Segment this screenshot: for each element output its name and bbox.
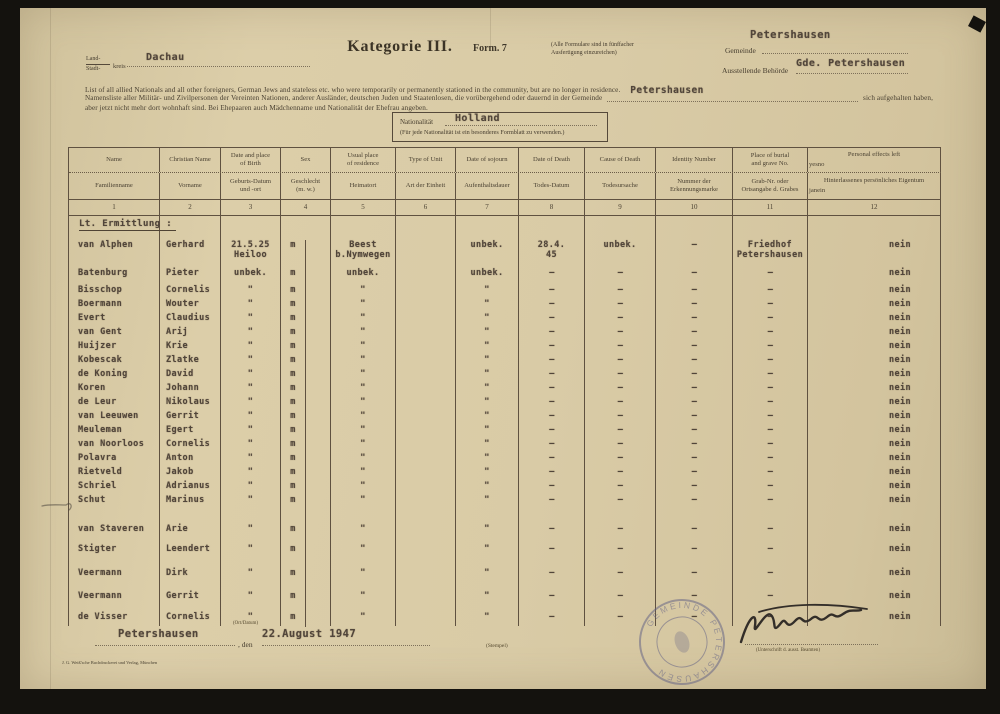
cell-idnum: —: [656, 369, 733, 383]
behoerde-label: Ausstellende Behörde: [722, 66, 788, 75]
cell-effects: nein: [808, 411, 941, 425]
effects-value: nein: [889, 613, 911, 623]
cell-sojourn: ": [456, 439, 519, 453]
cell-birth: ": [221, 369, 281, 383]
cell-effects: nein: [808, 495, 941, 524]
column-header-de: Grab-Nr. oder Ortsangabe d. Grabes: [733, 173, 808, 199]
ort-datum-caption: (Ort/Datum): [233, 621, 258, 626]
cell-residence: ": [331, 299, 396, 313]
cell-name: Boermann: [69, 299, 160, 313]
cell-value: —: [618, 398, 623, 408]
cell-value: —: [618, 286, 623, 296]
cell-birth: ": [221, 355, 281, 369]
sex-value: m: [281, 425, 306, 440]
cell-birth: ": [221, 341, 281, 355]
cell-cause: —: [585, 285, 656, 299]
cell-cause: —: [585, 481, 656, 495]
cell-death: —: [519, 285, 585, 299]
gemeinde-line: [762, 53, 908, 54]
cell-sex: m: [281, 341, 331, 355]
cell-value: —: [549, 468, 554, 478]
persons-table: NameChristian NameDate and place of Birt…: [68, 147, 941, 626]
sex-value: m: [281, 285, 306, 300]
cell-value: ": [360, 613, 366, 623]
cell-value: —: [549, 426, 554, 436]
table-row: VeermannDirk"m""————nein: [69, 568, 941, 591]
cell-value: —: [692, 525, 697, 535]
cell-value: —: [692, 496, 697, 506]
cell-residence: ": [331, 481, 396, 495]
cell-cause: —: [585, 411, 656, 425]
cell-cname: Wouter: [160, 299, 221, 313]
intro-line1-text: List of all allied Nationals and all oth…: [85, 86, 620, 94]
cell: [585, 216, 656, 240]
cell-value: —: [618, 342, 623, 352]
cell-effects: nein: [808, 355, 941, 369]
behoerde-value: Gde. Petershausen: [796, 58, 905, 69]
gemeinde-label: Gemeinde: [725, 46, 756, 55]
cell-value: —: [618, 412, 623, 422]
cell-unit: [396, 467, 456, 481]
nationality-note: (Für jede Nationalität ist ein besondere…: [400, 129, 564, 136]
cell-value: ": [360, 286, 366, 296]
sex-value: m: [281, 383, 306, 398]
cell-unit: [396, 327, 456, 341]
cell-residence: ": [331, 355, 396, 369]
cell-death: —: [519, 544, 585, 568]
sex-value: m: [281, 299, 306, 314]
cell-value: ": [248, 398, 254, 408]
cell-value: ": [360, 426, 366, 436]
table-body: Lt. Ermittlung :van AlphenGerhard21.5.25…: [69, 216, 941, 626]
cell-death: —: [519, 568, 585, 591]
cell-value: —: [618, 300, 623, 310]
cell-effects: nein: [808, 568, 941, 591]
cell-value: ": [484, 613, 490, 623]
cell-sojourn: ": [456, 411, 519, 425]
cell-value: —: [549, 569, 554, 579]
paper-corner-notch: [968, 15, 986, 32]
cell-idnum: —: [656, 327, 733, 341]
cell-unit: [396, 544, 456, 568]
cell-birth: ": [221, 425, 281, 439]
cell-name: van Alphen: [69, 240, 160, 268]
cell-value: —: [618, 592, 623, 602]
cell-value: —: [692, 454, 697, 464]
cell-value: ": [248, 426, 254, 436]
cell-value: ": [484, 370, 490, 380]
cell-value: ": [484, 328, 490, 338]
cell-value: van Staveren: [78, 525, 144, 535]
column-header-en: Place of burial and grave No.: [733, 148, 808, 172]
cell-value: ": [484, 592, 490, 602]
cell-value: unbek.: [234, 269, 267, 279]
cell-value: —: [549, 314, 554, 324]
cell-cname: Nikolaus: [160, 397, 221, 411]
cell-death: —: [519, 383, 585, 397]
column-header-de: Todesursache: [585, 173, 656, 199]
table-row: EvertClaudius"m""————nein: [69, 313, 941, 327]
cell-value: —: [549, 286, 554, 296]
cell-grave: —: [733, 568, 808, 591]
kreis-value: Dachau: [146, 52, 185, 63]
cell-value: Boermann: [78, 300, 122, 310]
cell-value: —: [692, 300, 697, 310]
effects-value: nein: [889, 468, 911, 478]
cell-value: ": [360, 545, 366, 555]
cell-value: —: [549, 440, 554, 450]
cell-name: Huijzer: [69, 341, 160, 355]
column-header-number: 6: [396, 200, 456, 215]
cell-value: —: [768, 525, 773, 535]
cell-grave: —: [733, 453, 808, 467]
cell-value: Veermann: [78, 592, 122, 602]
cell-value: —: [768, 370, 773, 380]
cell-idnum: —: [656, 495, 733, 524]
kreis-fraction-line: [86, 64, 110, 65]
effects-value: nein: [889, 241, 911, 251]
cell-grave: —: [733, 411, 808, 425]
cell-value: —: [692, 384, 697, 394]
cell-value: —: [618, 482, 623, 492]
cell-cname: Gerrit: [160, 411, 221, 425]
cell-cname: Gerrit: [160, 591, 221, 612]
cell-unit: [396, 495, 456, 524]
cell: [456, 216, 519, 240]
cell-idnum: —: [656, 481, 733, 495]
cell-death: —: [519, 439, 585, 453]
cell-value: ": [484, 412, 490, 422]
cell-residence: ": [331, 591, 396, 612]
cell-sojourn: ": [456, 481, 519, 495]
cell-birth: ": [221, 397, 281, 411]
cell-name: Meuleman: [69, 425, 160, 439]
cell-value: —: [618, 328, 623, 338]
cell-unit: [396, 285, 456, 299]
cell-value: Kobescak: [78, 356, 122, 366]
place-line: [95, 645, 235, 646]
cell-value: de Koning: [78, 370, 128, 380]
cell-value: Cornelis: [166, 440, 210, 450]
cell-value: —: [549, 300, 554, 310]
cell-value: 28.4. 45: [538, 241, 566, 260]
cell-unit: [396, 453, 456, 467]
cell-value: —: [618, 314, 623, 324]
cell-value: ": [360, 314, 366, 324]
cell-value: —: [768, 300, 773, 310]
cell-value: —: [618, 545, 623, 555]
cell-cname: Egert: [160, 425, 221, 439]
cell-residence: ": [331, 439, 396, 453]
cell-grave: —: [733, 481, 808, 495]
cell-sex: m: [281, 439, 331, 453]
effects-value: nein: [889, 384, 911, 394]
cell-value: —: [692, 412, 697, 422]
cell-cause: —: [585, 453, 656, 467]
cell-value: ": [248, 370, 254, 380]
cell-death: —: [519, 411, 585, 425]
cell-residence: ": [331, 327, 396, 341]
cell-value: Wouter: [166, 300, 199, 310]
table-row: KorenJohann"m""————nein: [69, 383, 941, 397]
cell-value: ": [484, 286, 490, 296]
cell-unit: [396, 299, 456, 313]
column-header-number: 1: [69, 200, 160, 215]
cell-death: 28.4. 45: [519, 240, 585, 268]
cell-value: —: [549, 384, 554, 394]
cell-value: ": [360, 454, 366, 464]
cell-effects: nein: [808, 341, 941, 355]
cell-birth: ": [221, 568, 281, 591]
cell-birth: 21.5.25 Heiloo: [221, 240, 281, 268]
cell-cause: —: [585, 313, 656, 327]
cell-value: —: [768, 440, 773, 450]
cell-grave: —: [733, 327, 808, 341]
cell-residence: ": [331, 524, 396, 544]
cell-name: Kobescak: [69, 355, 160, 369]
table-row: SchutMarinus"m""————nein: [69, 495, 941, 524]
cell-cause: —: [585, 397, 656, 411]
cell-cause: —: [585, 327, 656, 341]
cell-grave: —: [733, 355, 808, 369]
cell-value: Marinus: [166, 496, 205, 506]
cell-idnum: —: [656, 299, 733, 313]
cell-sex: m: [281, 612, 331, 626]
table-row: van NoorloosCornelis"m""————nein: [69, 439, 941, 453]
effects-value: nein: [889, 300, 911, 310]
cell-value: Pieter: [166, 269, 199, 279]
cell-value: van Alphen: [78, 241, 133, 251]
cell-value: —: [768, 496, 773, 506]
cell-value: —: [692, 356, 697, 366]
cell: [808, 216, 941, 240]
cell-value: ": [360, 300, 366, 310]
cell-value: —: [549, 613, 554, 623]
cell-value: —: [692, 482, 697, 492]
sex-value: m: [281, 327, 306, 342]
table-row: StigterLeendert"m""————nein: [69, 544, 941, 568]
cell-cname: Johann: [160, 383, 221, 397]
cell-value: de Visser: [78, 613, 128, 623]
cell-value: ": [248, 300, 254, 310]
cell-value: Jakob: [166, 468, 194, 478]
sex-value: m: [281, 544, 306, 569]
cell-grave: —: [733, 313, 808, 327]
cell-value: ": [360, 370, 366, 380]
cell-effects: nein: [808, 467, 941, 481]
gemeinde-value: Petershausen: [750, 29, 831, 41]
sex-value: m: [281, 467, 306, 482]
column-header-en: Personal effects leftyesno: [808, 148, 941, 172]
cell-value: —: [692, 545, 697, 555]
cell-name: de Leur: [69, 397, 160, 411]
cell-unit: [396, 240, 456, 268]
cell-sojourn: ": [456, 327, 519, 341]
cell-value: —: [549, 328, 554, 338]
cell-death: —: [519, 453, 585, 467]
place-value: Petershausen: [118, 628, 199, 640]
sex-value: m: [281, 612, 306, 627]
column-header-de: Vorname: [160, 173, 221, 199]
cell-sex: m: [281, 268, 331, 285]
cell-value: ": [484, 569, 490, 579]
cell-effects: nein: [808, 544, 941, 568]
cell-name: Batenburg: [69, 268, 160, 285]
sex-value: m: [281, 240, 306, 269]
cell-value: de Leur: [78, 398, 117, 408]
cell-sex: m: [281, 495, 331, 524]
cell-cname: Cornelis: [160, 285, 221, 299]
cell-value: ": [360, 468, 366, 478]
table-row: HuijzerKrie"m""————nein: [69, 341, 941, 355]
cell-value: ": [484, 342, 490, 352]
cell-unit: [396, 383, 456, 397]
cell-sex: m: [281, 467, 331, 481]
cell-value: ": [248, 328, 254, 338]
effects-value: nein: [889, 440, 911, 450]
cell-residence: ": [331, 568, 396, 591]
cell-value: unbek.: [470, 269, 503, 279]
cell-value: —: [549, 356, 554, 366]
sex-value: m: [281, 453, 306, 468]
sex-value: m: [281, 313, 306, 328]
effects-value: nein: [889, 454, 911, 464]
effects-value: nein: [889, 569, 911, 579]
cell-name: Bisschop: [69, 285, 160, 299]
column-header-de: Aufenthaltsdauer: [456, 173, 519, 199]
cell-grave: —: [733, 383, 808, 397]
cell-value: ": [484, 545, 490, 555]
column-header-en: Sex: [281, 148, 331, 172]
cell-value: —: [618, 440, 623, 450]
column-header-number: 8: [519, 200, 585, 215]
cell-birth: unbek.: [221, 268, 281, 285]
cell-death: —: [519, 467, 585, 481]
cell-death: —: [519, 299, 585, 313]
cell-idnum: —: [656, 285, 733, 299]
cell-idnum: —: [656, 383, 733, 397]
cell-value: ": [484, 398, 490, 408]
cell-value: ": [484, 468, 490, 478]
cell-grave: —: [733, 397, 808, 411]
cell-cname: Marinus: [160, 495, 221, 524]
copies-note-line2: Ausfertigung einzureichen): [551, 50, 681, 58]
cell: [733, 216, 808, 240]
cell-value: ": [360, 525, 366, 535]
cell-grave: —: [733, 369, 808, 383]
cell-sex: m: [281, 411, 331, 425]
effects-value: nein: [889, 314, 911, 324]
effects-value: nein: [889, 398, 911, 408]
signature-line: [745, 644, 878, 645]
cell-value: ": [248, 482, 254, 492]
cell-value: —: [768, 482, 773, 492]
cell-value: ": [248, 496, 254, 506]
column-header-en: Name: [69, 148, 160, 172]
cell-sojourn: ": [456, 369, 519, 383]
cell-grave: —: [733, 467, 808, 481]
cell-sex: m: [281, 383, 331, 397]
cell-idnum: —: [656, 544, 733, 568]
nationality-box: Nationalität Holland (Für jede Nationali…: [392, 112, 608, 142]
cell-value: —: [692, 328, 697, 338]
cell-grave: —: [733, 439, 808, 453]
sex-value: m: [281, 495, 306, 525]
cell-idnum: —: [656, 411, 733, 425]
intro-line2-pre: Namensliste aller Militär- und Zivilpers…: [85, 94, 602, 102]
column-header-title: Hinterlassenes persönliches Eigentum: [824, 177, 924, 185]
cell-value: David: [166, 370, 194, 380]
handwritten-check-mark: [40, 498, 80, 512]
cell-value: 21.5.25 Heiloo: [231, 241, 270, 260]
cell-value: ": [248, 356, 254, 366]
cell-name: Schut: [69, 495, 160, 524]
cell-sojourn: ": [456, 313, 519, 327]
cell-value: —: [692, 370, 697, 380]
cell-birth: ": [221, 439, 281, 453]
cell-sex: m: [281, 327, 331, 341]
cell-cause: —: [585, 341, 656, 355]
no-label: no: [818, 161, 825, 169]
cell-value: Egert: [166, 426, 194, 436]
cell-residence: ": [331, 495, 396, 524]
cell-birth: ": [221, 383, 281, 397]
sex-value: m: [281, 591, 306, 613]
column-header-number: 2: [160, 200, 221, 215]
paper-crease-left: [50, 8, 51, 689]
cell-idnum: —: [656, 439, 733, 453]
cell-sojourn: ": [456, 612, 519, 626]
sex-value: m: [281, 369, 306, 384]
cell-value: —: [618, 356, 623, 366]
cell-unit: [396, 568, 456, 591]
cell-name: Veermann: [69, 568, 160, 591]
cell-residence: ": [331, 425, 396, 439]
cell-effects: nein: [808, 481, 941, 495]
cell-residence: ": [331, 411, 396, 425]
cell-birth: ": [221, 481, 281, 495]
cell-value: ": [248, 545, 254, 555]
column-header-en: Usual place of residence: [331, 148, 396, 172]
table-row: BatenburgPieterunbek.munbek.unbek.————ne…: [69, 268, 941, 285]
signature-caption: (Unterschrift d. ausst. Beamten): [756, 648, 820, 653]
cell-value: —: [549, 525, 554, 535]
cell-sojourn: ": [456, 453, 519, 467]
effects-value: nein: [889, 592, 911, 602]
cell-value: ": [484, 426, 490, 436]
effects-value: nein: [889, 356, 911, 366]
cell-unit: [396, 313, 456, 327]
cell-grave: —: [733, 495, 808, 524]
column-header-en: Cause of Death: [585, 148, 656, 172]
cell-sex: m: [281, 285, 331, 299]
table-row: BisschopCornelis"m""————nein: [69, 285, 941, 299]
cell-value: ": [360, 328, 366, 338]
cell-grave: Friedhof Petershausen: [733, 240, 808, 268]
cell-value: ": [248, 569, 254, 579]
cell-sojourn: ": [456, 299, 519, 313]
cell-residence: ": [331, 397, 396, 411]
copies-note-line1: (Alle Formulare sind in fünffacher: [551, 42, 681, 50]
column-header-de: Todes-Datum: [519, 173, 585, 199]
cell-grave: —: [733, 341, 808, 355]
cell-value: ": [248, 286, 254, 296]
cell-sojourn: ": [456, 467, 519, 481]
table-row: de LeurNikolaus"m""————nein: [69, 397, 941, 411]
cell-name: de Koning: [69, 369, 160, 383]
cell-grave: —: [733, 425, 808, 439]
table-row: RietveldJakob"m""————nein: [69, 467, 941, 481]
